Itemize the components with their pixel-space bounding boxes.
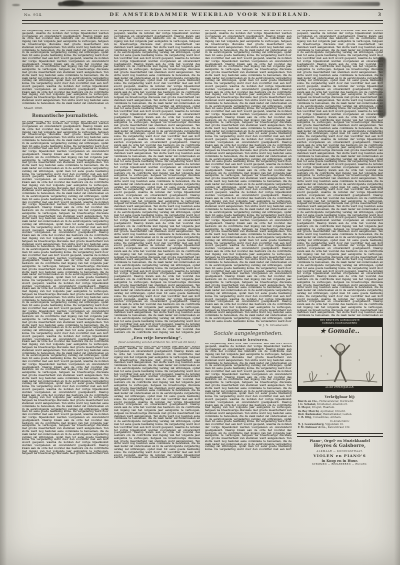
column-layout: De vergadering werd door den voorzitter … — [22, 30, 383, 474]
article-heading-romantische: Romantische journalistiek. — [22, 114, 109, 119]
newspaper-page: No. 914. DE AMSTERDAMMER WEEKBLAD VOOR N… — [0, 0, 400, 565]
scan-artifact-ink-blob — [62, 0, 84, 6]
advertisement-stockists: Verkrijgbaar bij: Bierck en Cie., Hoflev… — [297, 392, 384, 430]
piano-ad-shop-name: Heyres & Galsborre, — [297, 444, 384, 450]
article-signature: V. — [104, 106, 107, 110]
body-text-col2-top: De vergadering werd door den voorzitter … — [114, 30, 201, 334]
scan-artifact-speck — [12, 4, 20, 6]
body-text-col3-top: De vergadering werd door den voorzitter … — [205, 30, 292, 322]
column-4: De vergadering werd door den voorzitter … — [297, 30, 384, 474]
gomale-header-band: HET BESTE EN GOEDKOOPSTE VOEDSEL VOOR KI… — [298, 319, 383, 327]
article-end-rule-col3 — [238, 329, 258, 330]
masthead-row: No. 914. DE AMSTERDAMMER WEEKBLAD VOOR N… — [22, 10, 383, 20]
body-text-col2-bottom: De vergadering werd door den voorzitter … — [114, 346, 201, 458]
scan-edge-shadow-right — [394, 0, 400, 565]
stockists-header: Verkrijgbaar bij: — [298, 395, 383, 399]
scan-artifact-top-streak — [58, 2, 380, 6]
gomale-band-line2: VOEDSEL VOOR KINDEREN — [298, 323, 383, 326]
gomale-caption: ALOM VERKRIJGBAAR. — [298, 387, 383, 390]
body-text-col4-top: De vergadering werd door den voorzitter … — [297, 30, 384, 316]
gomale-illustration-child-figure — [298, 336, 383, 386]
article-signature-col3: W. J. N. Groeneveld. — [205, 322, 292, 327]
article-dateline-row: Maart 1898. V. — [22, 104, 109, 110]
article-end-rule — [55, 111, 75, 112]
gomale-caption-band: ALOM VERKRIJGBAAR. — [298, 386, 383, 391]
body-text-col1-bottom: De vergadering werd door den voorzitter … — [22, 121, 109, 455]
ads-divider-rule — [297, 433, 384, 437]
body-text-col1-top: De vergadering werd door den voorzitter … — [22, 30, 109, 104]
piano-ad-services: STEMMEN — REPAREEREN — RUILEN. — [297, 464, 384, 467]
column-1: De vergadering werd door den voorzitter … — [22, 30, 109, 474]
article-date: Maart 1898. — [24, 106, 43, 110]
paper-title: DE AMSTERDAMMER WEEKBLAD VOOR NEDERLAND. — [109, 12, 311, 18]
section-heading-sociale: Sociale aangelegenheden. — [205, 331, 292, 337]
piano-ad-line1: Piano-, Orgel- en Muziekhandel — [297, 439, 384, 443]
masthead-bottom-rule — [22, 20, 383, 24]
advertisement-piano-shop: Piano-, Orgel- en Muziekhandel Heyres & … — [297, 439, 384, 467]
masthead: No. 914. DE AMSTERDAMMER WEEKBLAD VOOR N… — [22, 9, 383, 24]
body-text-col3-bottom: De vergadering werd door den voorzitter … — [205, 343, 292, 451]
section-subheading-diaconie: Diaconie besturen. — [205, 338, 292, 342]
stockist-entry: P. M. Delmeer & Co., Kalverstraat 132. — [298, 426, 383, 429]
page-number: 3 — [378, 13, 381, 18]
column-2: De vergadering werd door den voorzitter … — [114, 30, 201, 474]
column-3: De vergadering werd door den voorzitter … — [205, 30, 292, 474]
scan-edge-shadow-left — [0, 0, 7, 565]
advertisement-gomale: HET BESTE EN GOEDKOOPSTE VOEDSEL VOOR KI… — [297, 318, 384, 392]
gomale-brand: ★ Gomale.. — [298, 327, 383, 337]
issue-number: No. 914. — [24, 12, 43, 17]
article-subnote: (Naar aanleiding van het artikel in No. … — [117, 341, 198, 344]
